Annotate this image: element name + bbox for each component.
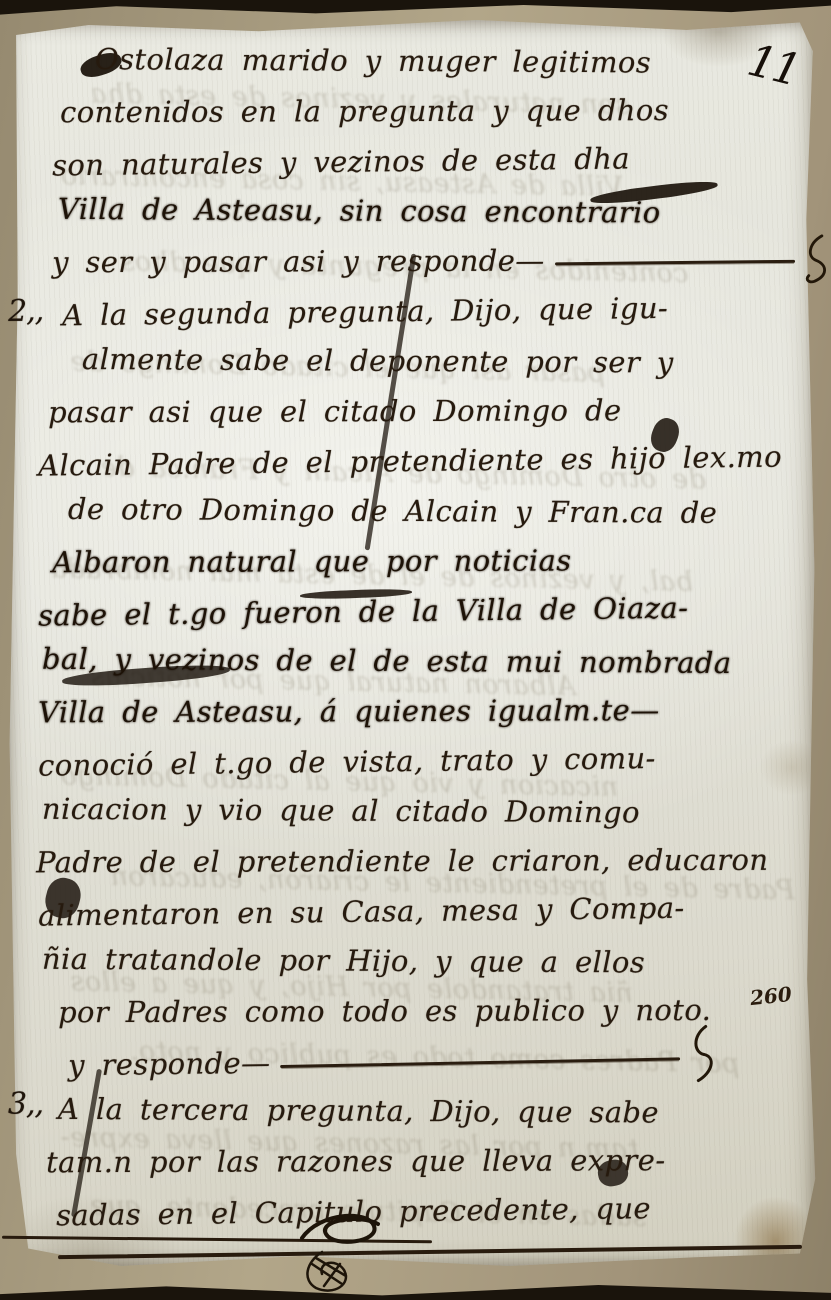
line-text: nicacion y vio que al citado Domingo	[42, 792, 640, 830]
manuscript-line: bal, y vezinos de el de esta mui nombrad…	[0, 625, 831, 680]
line-text: contenidos en la pregunta y que dhos	[60, 93, 669, 129]
manuscript-line: ñia tratandole por Hijo, y que a ellos	[0, 925, 831, 980]
line-text: tam.n por las razones que lleva expre-	[46, 1143, 666, 1179]
line-text: Villa de Asteasu, sin cosa encontrario	[58, 192, 661, 230]
question-number-3: 3,,	[8, 1087, 43, 1122]
manuscript-line: almente sabe el deponente por ser y	[0, 325, 831, 380]
line-text: Ostolaza marido y muger legitimos	[95, 42, 651, 79]
manuscript-line: tam.n por las razones que lleva expre-	[0, 1127, 831, 1180]
line-text: A la tercera pregunta, Dijo, que sabe	[58, 1092, 659, 1130]
ink-rule	[555, 260, 795, 266]
manuscript-line: Villa de Asteasu, sin cosa encontrario	[0, 175, 831, 230]
rubric-flourish	[282, 1200, 412, 1300]
question-number-2: 2,,	[8, 294, 44, 329]
line-text: Albaron natural que por noticias	[52, 543, 572, 579]
manuscript-line: sabe el t.go fueron de la Villa de Oiaza…	[0, 573, 831, 633]
manuscript-line: son naturales y vezinos de esta dha	[0, 123, 831, 183]
manuscript-line: 2,, A la segunda pregunta, Dijo, que igu…	[0, 273, 831, 333]
manuscript-line: contenidos en la pregunta y que dhos	[0, 77, 831, 130]
line-text: por Padres como todo es publico y noto.	[58, 993, 711, 1029]
manuscript-line: sadas en el Capitulo precedente, que	[0, 1173, 831, 1233]
manuscript-line: Villa de Asteasu, á quienes igualm.te—	[0, 677, 831, 730]
manuscript-line: Alcain Padre de el pretendiente es hijo …	[0, 423, 831, 483]
manuscript-line: Padre de el pretendiente le criaron, edu…	[0, 827, 831, 880]
ink-rule	[280, 1057, 680, 1068]
manuscript-line: Ostolaza marido y muger legitimos	[0, 25, 831, 80]
line-text: Padre de el pretendiente le criaron, edu…	[36, 843, 769, 880]
line-text: almente sabe el deponente por ser y	[82, 342, 674, 380]
manuscript-line: por Padres como todo es publico y noto.	[0, 977, 831, 1030]
manuscript-line: de otro Domingo de Alcain y Fran.ca de	[0, 475, 831, 530]
line-end-flourish-icon	[688, 1024, 719, 1082]
manuscript-line: alimentaron en su Casa, mesa y Compa-	[0, 873, 831, 933]
archival-number: 260	[749, 982, 793, 1010]
manuscript-line: 3,, A la tercera pregunta, Dijo, que sab…	[0, 1075, 831, 1130]
line-text: bal, y vezinos de el de esta mui nombrad…	[42, 642, 732, 680]
line-text: y ser y pasar asi y responde—	[52, 244, 545, 280]
line-text: ñia tratandole por Hijo, y que a ellos	[42, 942, 645, 980]
manuscript-line: Albaron natural que por noticias	[0, 527, 831, 580]
line-text: Villa de Asteasu, á quienes igualm.te—	[38, 693, 660, 729]
manuscript-line: y ser y pasar asi y responde—	[0, 227, 831, 280]
line-text: de otro Domingo de Alcain y Fran.ca de	[68, 492, 718, 530]
manuscript-scan: son naturales y vezinos de esta dha Vill…	[0, 0, 831, 1300]
line-text: pasar asi que el citado Domingo de	[48, 393, 622, 429]
manuscript-line: pasar asi que el citado Domingo de	[0, 377, 831, 430]
manuscript-line: conoció el t.go de vista, trato y comu-	[0, 723, 831, 783]
handwritten-text-block: Ostolaza marido y muger legitimos conten…	[0, 28, 831, 1228]
manuscript-line: y responde—	[0, 1023, 831, 1083]
manuscript-line: nicacion y vio que al citado Domingo	[0, 775, 831, 830]
